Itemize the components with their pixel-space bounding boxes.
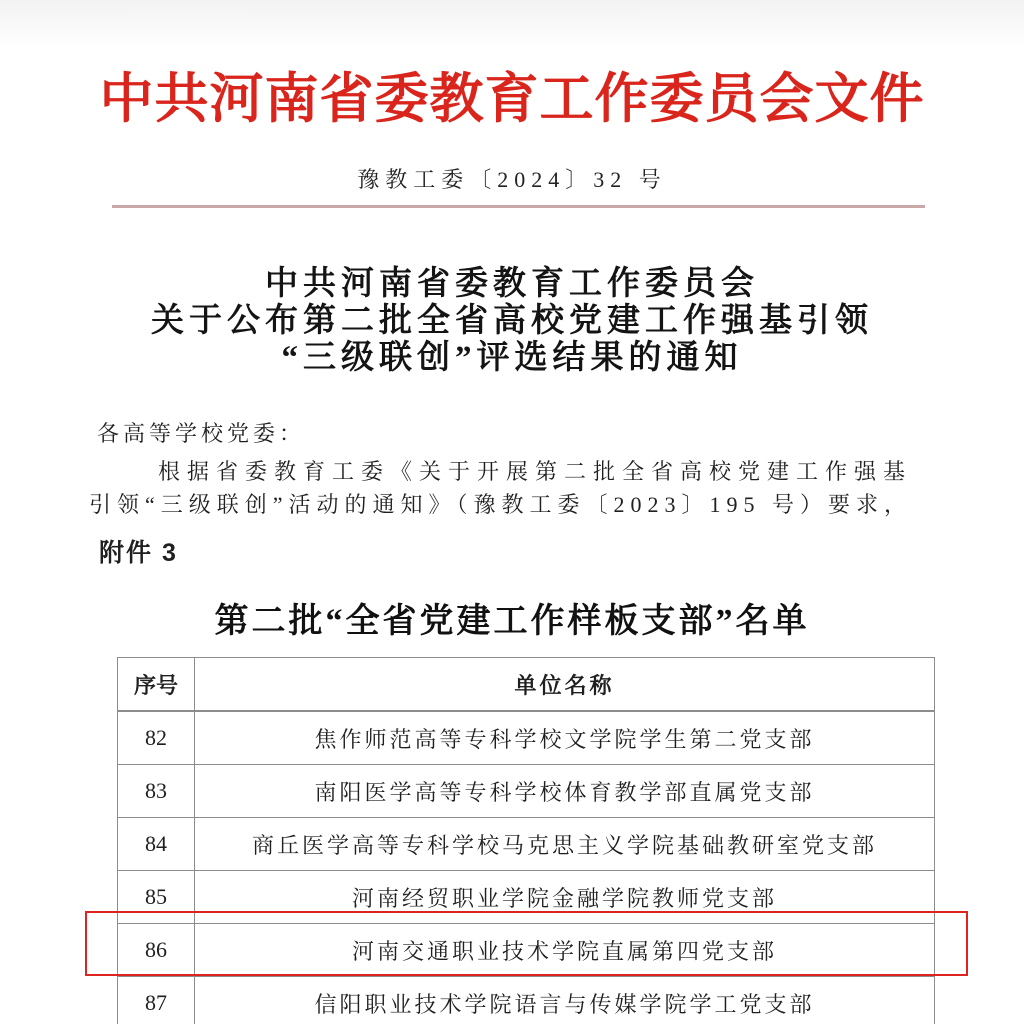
row-unit-name: 南阳医学高等专科学校体育教学部直属党支部 (195, 765, 934, 817)
document-title: 中共河南省委教育工作委员会 关于公布第二批全省高校党建工作强基引领 “三级联创”… (0, 266, 1024, 377)
table-row: 85 河南经贸职业学院金融学院教师党支部 (118, 871, 934, 924)
document-title-line-2: 关于公布第二批全省高校党建工作强基引领 (0, 303, 1024, 340)
row-unit-name: 商丘医学高等专科学校马克思主义学院基础教研室党支部 (195, 818, 934, 870)
body-paragraph-line-1: 根据省委教育工委《关于开展第二批全省高校党建工作强基 (158, 455, 912, 486)
table-row: 83 南阳医学高等专科学校体育教学部直属党支部 (118, 765, 934, 818)
row-number: 82 (118, 712, 195, 764)
row-unit-name: 信阳职业技术学院语言与传媒学院学工党支部 (195, 977, 934, 1024)
document-page: 中共河南省委教育工作委员会文件 豫教工委〔2024〕32 号 中共河南省委教育工… (0, 0, 1024, 1024)
row-number: 84 (118, 818, 195, 870)
table-row-highlighted: 86 河南交通职业技术学院直属第四党支部 (118, 924, 934, 977)
table-row: 82 焦作师范高等专科学校文学院学生第二党支部 (118, 712, 934, 765)
table-row: 87 信阳职业技术学院语言与传媒学院学工党支部 (118, 977, 934, 1024)
table-header-row: 序号 单位名称 (118, 658, 934, 712)
salutation: 各高等学校党委： (97, 417, 305, 448)
table-header-name: 单位名称 (195, 658, 934, 710)
red-separator-line (112, 205, 925, 208)
document-number: 豫教工委〔2024〕32 号 (0, 163, 1024, 194)
row-unit-name: 河南交通职业技术学院直属第四党支部 (195, 924, 934, 976)
attachment-label: 附件 3 (99, 533, 178, 569)
row-number: 87 (118, 977, 195, 1024)
scan-shading (0, 0, 1024, 48)
body-paragraph-line-2: 引领“三级联创”活动的通知》（豫教工委〔2023〕195 号）要求， (89, 488, 912, 519)
roster-list-title: 第二批“全省党建工作样板支部”名单 (0, 593, 1024, 642)
table-row: 84 商丘医学高等专科学校马克思主义学院基础教研室党支部 (118, 818, 934, 871)
letterhead-title: 中共河南省委教育工作委员会文件 (0, 56, 1024, 133)
table-header-no: 序号 (118, 658, 195, 710)
roster-table: 序号 单位名称 82 焦作师范高等专科学校文学院学生第二党支部 83 南阳医学高… (117, 657, 935, 1024)
row-number: 86 (118, 924, 195, 976)
document-title-line-3: “三级联创”评选结果的通知 (0, 340, 1024, 377)
document-title-line-1: 中共河南省委教育工作委员会 (0, 266, 1024, 303)
row-unit-name: 河南经贸职业学院金融学院教师党支部 (195, 871, 934, 923)
row-number: 83 (118, 765, 195, 817)
row-number: 85 (118, 871, 195, 923)
row-unit-name: 焦作师范高等专科学校文学院学生第二党支部 (195, 712, 934, 764)
